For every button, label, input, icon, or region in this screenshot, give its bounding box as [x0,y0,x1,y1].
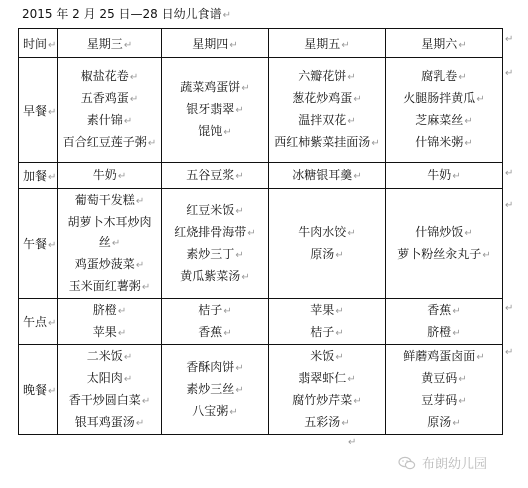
dish-item: 脐橙↵ [58,300,161,322]
dish-name: 黄瓜紫菜汤 [180,269,240,283]
paragraph-mark-icon: ↵ [341,40,349,51]
dish-item: 二米饭↵ [58,346,161,368]
header-day-cell: 星期四↵ [162,29,269,58]
paragraph-mark-icon: ↵ [347,228,355,239]
meal-label-cell: 晚餐↵ [19,345,58,435]
paragraph-mark-icon: ↵ [223,306,231,317]
paragraph-mark-icon: ↵ [148,138,156,149]
menu-cell: 苹果↵桔子↵ [269,299,386,345]
dish-item: 什锦炒饭↵ [386,222,502,244]
dish-name: 五彩汤 [304,415,340,429]
dish-name: 萝卜粉丝汆丸子 [397,247,481,261]
dish-item: 银耳鸡蛋汤↵ [58,412,161,434]
dish-name: 脐橙 [93,303,117,317]
dish-item: 香干炒圆白菜↵ [58,390,161,412]
dish-item: 椒盐花卷↵ [58,66,161,88]
paragraph-mark-icon: ↵ [241,272,249,283]
dish-item: 米饭↵ [269,346,385,368]
dish-item: 银牙翡翠↵ [162,99,268,121]
paragraph-mark-icon: ↵ [335,250,343,261]
menu-cell: 什锦炒饭↵萝卜粉丝汆丸子↵ [386,189,503,299]
dish-item: 鸡蛋炒菠菜↵ [58,254,161,276]
paragraph-mark-icon: ↵ [235,105,243,116]
paragraph-mark-icon: ↵ [136,418,144,429]
menu-cell: 脐橙↵苹果↵ [58,299,162,345]
dish-item: 西红柿紫菜挂面汤↵ [269,132,385,154]
menu-cell: 葡萄干发糕↵胡萝卜木耳炒肉丝↵鸡蛋炒菠菜↵玉米面红薯粥↵ [58,189,162,299]
paragraph-mark-icon: ↵ [335,352,343,363]
dish-name: 八宝粥 [192,404,228,418]
dish-name: 素炒三丁 [186,247,234,261]
dish-item: 太阳肉↵ [58,368,161,390]
paragraph-mark-icon: ↵ [335,328,343,339]
menu-cell: 桔子↵香蕉↵ [162,299,269,345]
wechat-logo-icon [398,456,416,470]
paragraph-mark-icon: ↵ [353,171,361,182]
dish-item: 素什锦↵ [58,110,161,132]
dish-name: 红烧排骨海带 [174,225,246,239]
dish-name: 桔子 [310,325,334,339]
dish-item: 苹果↵ [58,322,161,344]
dish-name: 玉米面红薯粥 [69,279,141,293]
dish-name: 胡萝卜木耳炒肉 [67,215,151,229]
meal-row: 晚餐↵二米饭↵太阳肉↵香干炒圆白菜↵银耳鸡蛋汤↵香酥肉饼↵素炒三丝↵八宝粥↵米饭… [19,345,503,435]
dish-name: 西红柿紫菜挂面汤 [274,135,370,149]
paragraph-mark-icon: ↵ [142,396,150,407]
paragraph-mark-icon: ↵ [353,396,361,407]
dish-item: 五香鸡蛋↵ [58,88,161,110]
paragraph-mark-icon: ↵ [458,374,466,385]
paragraph-mark-icon: ↵ [371,138,379,149]
dish-item: 芝麻菜丝↵ [386,110,502,132]
paragraph-mark-icon: ↵ [48,107,56,118]
paragraph-mark-icon: ↵ [235,250,243,261]
dish-item: 桔子↵ [162,300,268,322]
dish-item: 鲜蘑鸡蛋卤面↵ [386,346,502,368]
paragraph-mark-icon: ↵ [505,303,513,314]
dish-item: 素炒三丁↵ [162,244,268,266]
paragraph-mark-icon: ↵ [136,196,144,207]
dish-name: 什锦炒饭 [415,225,463,239]
paragraph-mark-icon: ↵ [223,127,231,138]
paragraph-mark-icon: ↵ [464,116,472,127]
title-text: 2015 年 2 月 25 日—28 日幼儿食谱 [22,7,222,21]
paragraph-mark-icon: ↵ [482,250,490,261]
paragraph-mark-icon: ↵ [505,68,513,79]
dish-item: 六瓣花饼↵ [269,66,385,88]
paragraph-mark-icon: ↵ [341,418,349,429]
header-day-cell: 星期六↵ [386,29,503,58]
dish-name: 腐乳卷 [421,69,457,83]
dish-name: 牛肉水饺 [298,225,346,239]
dish-name: 鸡蛋炒菠菜 [75,257,135,271]
meal-label: 加餐 [23,169,47,183]
menu-cell: 五谷豆浆↵ [162,163,269,189]
meal-label: 午餐 [23,237,47,251]
dish-name: 银耳鸡蛋汤 [75,415,135,429]
paragraph-mark-icon: ↵ [235,363,243,374]
dish-item: 香蕉↵ [162,322,268,344]
dish-item: 香酥肉饼↵ [162,357,268,379]
paragraph-mark-icon: ↵ [347,374,355,385]
meal-label: 早餐 [23,104,47,118]
dish-item: 牛肉水饺↵ [269,222,385,244]
header-day-cell: 星期五↵ [269,29,386,58]
menu-cell: 牛奶↵ [58,163,162,189]
dish-name: 银牙翡翠 [186,102,234,116]
paragraph-mark-icon: ↵ [223,10,231,21]
meal-label-cell: 午餐↵ [19,189,58,299]
paragraph-mark-icon: ↵ [241,83,249,94]
menu-cell: 腐乳卷↵火腿肠拌黄瓜↵芝麻菜丝↵什锦米粥↵ [386,58,503,163]
paragraph-mark-icon: ↵ [476,352,484,363]
paragraph-mark-icon: ↵ [124,374,132,385]
dish-item: 五彩汤↵ [269,412,385,434]
dish-item: 八宝粥↵ [162,401,268,423]
menu-cell: 六瓣花饼↵葱花炒鸡蛋↵温拌双花↵西红柿紫菜挂面汤↵ [269,58,386,163]
paragraph-mark-icon: ↵ [458,396,466,407]
paragraph-mark-icon: ↵ [235,206,243,217]
meal-row: 午餐↵葡萄干发糕↵胡萝卜木耳炒肉丝↵鸡蛋炒菠菜↵玉米面红薯粥↵红豆米饭↵红烧排骨… [19,189,503,299]
dish-item: 香蕉↵ [386,300,502,322]
dish-name: 香干炒圆白菜 [69,393,141,407]
dish-item: 苹果↵ [269,300,385,322]
paragraph-mark-icon: ↵ [505,34,513,45]
dish-item: 萝卜粉丝汆丸子↵ [386,244,502,266]
meal-row: 早餐↵椒盐花卷↵五香鸡蛋↵素什锦↵百合红豆莲子粥↵蔬菜鸡蛋饼↵银牙翡翠↵馄饨↵六… [19,58,503,163]
watermark: 布朗幼儿园 [398,453,487,472]
dish-item: 素炒三丝↵ [162,379,268,401]
menu-cell: 二米饭↵太阳肉↵香干炒圆白菜↵银耳鸡蛋汤↵ [58,345,162,435]
dish-name: 百合红豆莲子粥 [63,135,147,149]
paragraph-mark-icon: ↵ [235,171,243,182]
paragraph-mark-icon: ↵ [48,240,56,251]
paragraph-mark-icon: ↵ [452,418,460,429]
dish-name: 二米饭 [87,349,123,363]
dish-item: 玉米面红薯粥↵ [58,276,161,298]
dish-item: 馄饨↵ [162,121,268,143]
paragraph-mark-icon: ↵ [118,328,126,339]
day-label: 星期三 [87,37,123,51]
dish-name: 素炒三丝 [186,382,234,396]
paragraph-mark-icon: ↵ [505,168,513,179]
paragraph-mark-icon: ↵ [124,352,132,363]
meal-label: 晚餐 [23,383,47,397]
dish-name: 蔬菜鸡蛋饼 [180,80,240,94]
menu-cell: 米饭↵翡翠虾仁↵腐竹炒芹菜↵五彩汤↵ [269,345,386,435]
dish-item: 牛奶↵ [58,165,161,187]
paragraph-mark-icon: ↵ [464,138,472,149]
dish-name: 鲜蘑鸡蛋卤面 [403,349,475,363]
paragraph-mark-icon: ↵ [118,306,126,317]
paragraph-mark-icon: ↵ [464,228,472,239]
paragraph-mark-icon: ↵ [124,40,132,51]
paragraph-mark-icon: ↵ [229,40,237,51]
watermark-text: 布朗幼儿园 [422,453,487,472]
dish-name: 牛奶 [427,168,451,182]
dish-name: 苹果 [93,325,117,339]
dish-name: 冰糖银耳羹 [292,168,352,182]
dish-name: 五香鸡蛋 [81,91,129,105]
meal-label-cell: 早餐↵ [19,58,58,163]
dish-item: 胡萝卜木耳炒肉 [58,212,161,232]
dish-name: 太阳肉 [87,371,123,385]
paragraph-mark-icon: ↵ [247,228,255,239]
menu-cell: 椒盐花卷↵五香鸡蛋↵素什锦↵百合红豆莲子粥↵ [58,58,162,163]
paragraph-mark-icon: ↵ [347,116,355,127]
dish-item: 黄豆码↵ [386,368,502,390]
paragraph-mark-icon: ↵ [118,171,126,182]
paragraph-mark-icon: ↵ [223,328,231,339]
paragraph-mark-icon: ↵ [505,200,513,211]
paragraph-mark-icon: ↵ [458,40,466,51]
header-time-cell: 时间↵ [19,29,58,58]
dish-name: 香蕉 [198,325,222,339]
paragraph-mark-icon: ↵ [48,172,56,183]
paragraph-mark-icon: ↵ [347,72,355,83]
dish-name: 温拌双花 [298,113,346,127]
menu-cell: 冰糖银耳羹↵ [269,163,386,189]
menu-cell: 香酥肉饼↵素炒三丝↵八宝粥↵ [162,345,269,435]
header-day-cell: 星期三↵ [58,29,162,58]
dish-item: 蔬菜鸡蛋饼↵ [162,77,268,99]
paragraph-mark-icon: ↵ [452,328,460,339]
paragraph-mark-icon: ↵ [458,72,466,83]
dish-name: 葡萄干发糕 [75,193,135,207]
paragraph-mark-icon: ↵ [452,306,460,317]
dish-name: 豆芽码 [421,393,457,407]
paragraph-mark-icon: ↵ [452,171,460,182]
dish-name: 桔子 [198,303,222,317]
document-title: 2015 年 2 月 25 日—28 日幼儿食谱↵ [22,6,231,24]
paragraph-mark-icon: ↵ [335,306,343,317]
dish-item: 五谷豆浆↵ [162,165,268,187]
dish-name: 黄豆码 [421,371,457,385]
dish-name: 原汤 [310,247,334,261]
paragraph-mark-icon: ↵ [353,94,361,105]
time-label: 时间 [23,37,47,51]
dish-name: 腐竹炒芹菜 [292,393,352,407]
dish-name: 红豆米饭 [186,203,234,217]
dish-name: 牛奶 [93,168,117,182]
paragraph-mark-icon: ↵ [48,386,56,397]
dish-name: 馄饨 [198,124,222,138]
paragraph-mark-icon: ↵ [476,94,484,105]
dish-item: 红豆米饭↵ [162,200,268,222]
meal-row: 加餐↵牛奶↵五谷豆浆↵冰糖银耳羹↵牛奶↵ [19,163,503,189]
dish-name: 五谷豆浆 [186,168,234,182]
paragraph-mark-icon: ↵ [130,94,138,105]
dish-item: 丝↵ [58,232,161,254]
dish-name: 芝麻菜丝 [415,113,463,127]
paragraph-mark-icon: ↵ [235,385,243,396]
dish-name: 翡翠虾仁 [298,371,346,385]
dish-item: 红烧排骨海带↵ [162,222,268,244]
day-label: 星期五 [304,37,340,51]
menu-cell: 鲜蘑鸡蛋卤面↵黄豆码↵豆芽码↵原汤↵ [386,345,503,435]
dish-item: 什锦米粥↵ [386,132,502,154]
meal-row: 午点↵脐橙↵苹果↵桔子↵香蕉↵苹果↵桔子↵香蕉↵脐橙↵ [19,299,503,345]
dish-name: 米饭 [310,349,334,363]
dish-name: 苹果 [310,303,334,317]
menu-table: 时间↵ 星期三↵ 星期四↵ 星期五↵ 星期六↵ 早餐↵椒盐花卷↵五香鸡蛋↵素什锦… [18,28,503,435]
dish-item: 牛奶↵ [386,165,502,187]
paragraph-mark-icon: ↵ [505,347,513,358]
paragraph-mark-icon: ↵ [124,116,132,127]
meal-label-cell: 加餐↵ [19,163,58,189]
paragraph-mark-icon: ↵ [48,40,56,51]
dish-name: 原汤 [427,415,451,429]
dish-name: 什锦米粥 [415,135,463,149]
menu-cell: 红豆米饭↵红烧排骨海带↵素炒三丁↵黄瓜紫菜汤↵ [162,189,269,299]
dish-item: 冰糖银耳羹↵ [269,165,385,187]
dish-name: 葱花炒鸡蛋 [292,91,352,105]
menu-cell: 蔬菜鸡蛋饼↵银牙翡翠↵馄饨↵ [162,58,269,163]
dish-name: 六瓣花饼 [298,69,346,83]
meal-label-cell: 午点↵ [19,299,58,345]
menu-cell: 香蕉↵脐橙↵ [386,299,503,345]
dish-item: 原汤↵ [269,244,385,266]
dish-name: 脐橙 [427,325,451,339]
paragraph-mark-icon: ↵ [48,318,56,329]
dish-name: 椒盐花卷 [81,69,129,83]
dish-item: 豆芽码↵ [386,390,502,412]
dish-name: 火腿肠拌黄瓜 [403,91,475,105]
dish-item: 脐橙↵ [386,322,502,344]
menu-cell: 牛奶↵ [386,163,503,189]
dish-name: 香蕉 [427,303,451,317]
dish-item: 火腿肠拌黄瓜↵ [386,88,502,110]
dish-name: 素什锦 [87,113,123,127]
paragraph-mark-icon: ↵ [112,238,120,249]
paragraph-mark-icon: ↵ [348,437,356,448]
meal-label: 午点 [23,315,47,329]
paragraph-mark-icon: ↵ [130,72,138,83]
dish-name: 丝 [99,235,111,249]
dish-item: 温拌双花↵ [269,110,385,132]
dish-item: 腐乳卷↵ [386,66,502,88]
paragraph-mark-icon: ↵ [229,407,237,418]
header-row: 时间↵ 星期三↵ 星期四↵ 星期五↵ 星期六↵ [19,29,503,58]
day-label: 星期六 [421,37,457,51]
dish-item: 百合红豆莲子粥↵ [58,132,161,154]
paragraph-mark-icon: ↵ [136,260,144,271]
dish-item: 腐竹炒芹菜↵ [269,390,385,412]
dish-item: 黄瓜紫菜汤↵ [162,266,268,288]
dish-item: 桔子↵ [269,322,385,344]
dish-item: 葱花炒鸡蛋↵ [269,88,385,110]
dish-item: 翡翠虾仁↵ [269,368,385,390]
dish-item: 原汤↵ [386,412,502,434]
dish-item: 葡萄干发糕↵ [58,190,161,212]
day-label: 星期四 [192,37,228,51]
dish-name: 香酥肉饼 [186,360,234,374]
paragraph-mark-icon: ↵ [142,282,150,293]
menu-cell: 牛肉水饺↵原汤↵ [269,189,386,299]
